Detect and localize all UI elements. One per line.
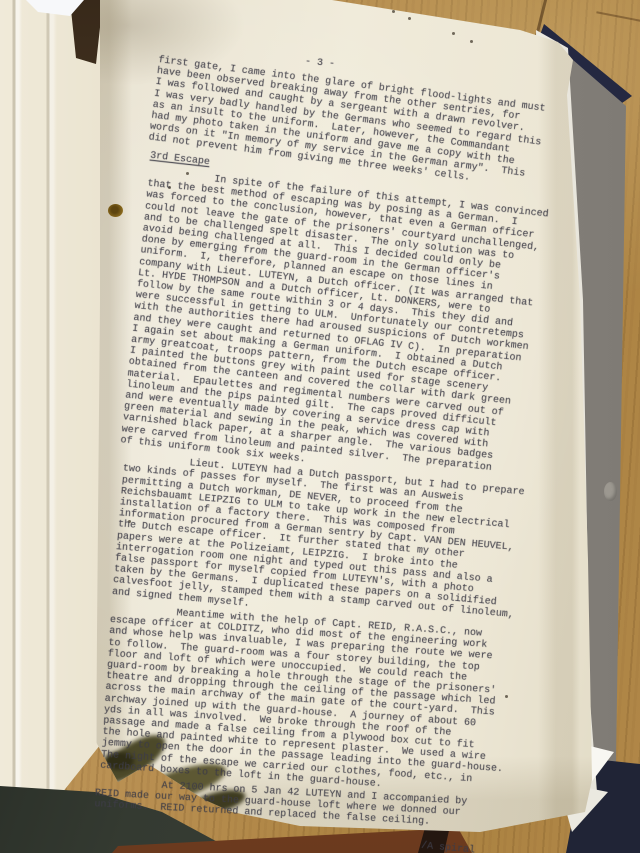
paragraph: In spite of the failure of this attempt,…: [120, 168, 559, 490]
paper-speck: [470, 40, 473, 43]
paragraph: Meantime with the help of Capt. REID, R.…: [100, 604, 522, 799]
paper-speck: [408, 17, 411, 20]
board-edge-bump: [604, 482, 617, 501]
punch-hole: [108, 204, 123, 217]
paper-speck: [392, 10, 395, 13]
photo-scene: - 3 - first gate, I came into the glare …: [0, 0, 640, 853]
typed-text: - 3 - first gate, I came into the glare …: [92, 44, 571, 853]
report-paragraphs: first gate, I came into the glare of bri…: [93, 55, 570, 846]
paper-speck: [452, 32, 455, 35]
